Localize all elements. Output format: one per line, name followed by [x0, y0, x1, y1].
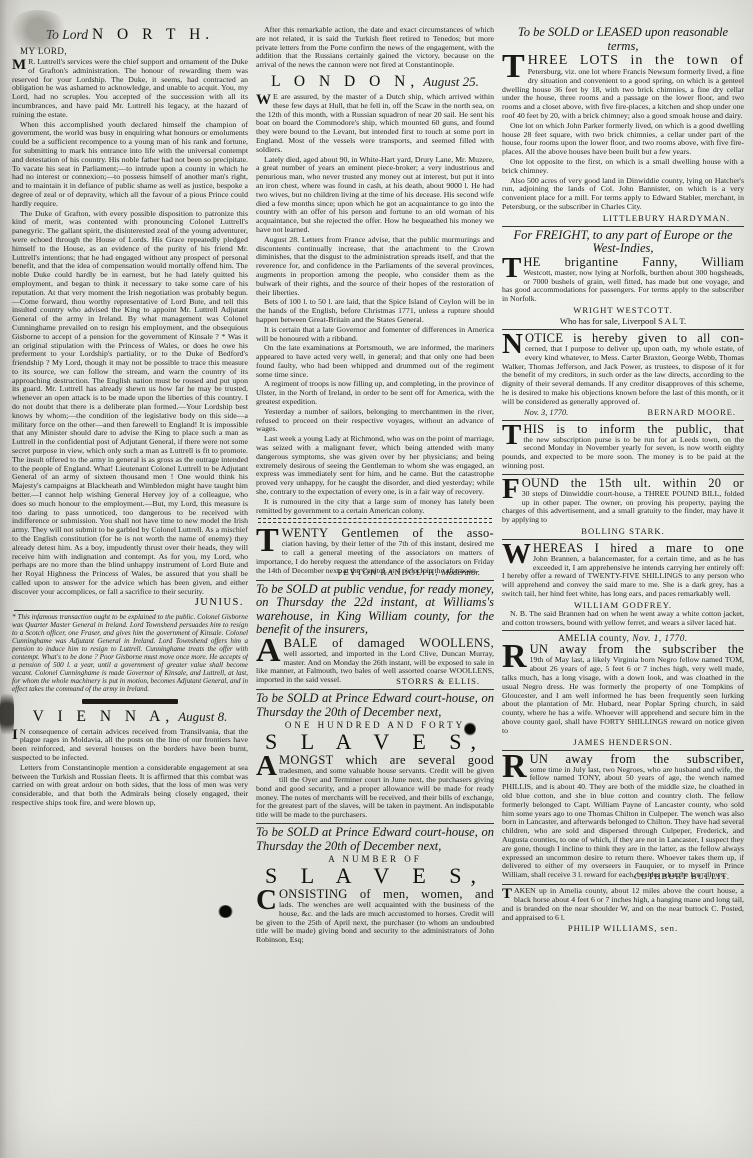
notice-signature-row: Nov. 3, 1770. BERNARD MOORE. — [502, 408, 744, 417]
found-lead: OUND the 15th ult. within 20 or — [502, 477, 744, 490]
letter-title-caps: N O R T H. — [92, 26, 214, 43]
section-divider — [502, 329, 744, 330]
footnote: * This infamous transaction ought to be … — [12, 613, 248, 694]
section-divider — [256, 580, 494, 581]
paragraph-text: N consequence of certain advices receive… — [12, 727, 248, 762]
runaway-lead: UN away from the subscriber, — [502, 753, 744, 766]
news-paragraph: Bets of 100 l. to 50 l. are laid, that t… — [256, 298, 494, 324]
news-paragraph: A regiment of troops is now filling up, … — [256, 380, 494, 406]
drop-cap: R — [502, 643, 530, 670]
newspaper-page: To Lord N O R T H. MY LORD, MR. Luttrell… — [0, 0, 753, 1158]
lots-heading: To be SOLD or LEASED upon reasonable ter… — [502, 26, 744, 53]
taken-up-notice: TAKEN up in Amelia county, about 12 mile… — [502, 887, 744, 933]
paragraph-text: E are assured, by the master of a Dutch … — [256, 92, 494, 154]
notice-signature: BERNARD MOORE. — [648, 408, 744, 417]
drop-cap: W — [256, 93, 273, 107]
freight-ad: For FREIGHT, to any part of Europe or th… — [502, 229, 744, 326]
letter-title: To Lord N O R T H. — [12, 26, 248, 44]
news-paragraph: Lately died, aged about 90, in White-Har… — [256, 156, 494, 235]
freight-heading: For FREIGHT, to any part of Europe or th… — [502, 229, 744, 256]
news-paragraph: On the late examinations at Portsmouth, … — [256, 344, 494, 379]
letter-signature: JUNIUS. — [12, 597, 248, 608]
lots-body: Petersburg, viz. one lot where Francis N… — [502, 68, 744, 121]
signature-name: PEYTON RANDOLPH, — [338, 567, 439, 577]
news-paragraph: It is certain that a late Governor and f… — [256, 326, 494, 344]
whereas-nb: N. B. The said Brannen had on when he we… — [502, 610, 744, 628]
slave-sale-ad-140: To be SOLD at Prince Edward court-house,… — [256, 692, 494, 820]
junius-paragraph: The Duke of Grafton, with every possible… — [12, 210, 248, 597]
news-paragraph: August 28. Letters from France advise, t… — [256, 236, 494, 298]
runaway-signature: JAMES HENDERSON. — [502, 737, 744, 747]
sale-subheading-large: S L A V E S, — [256, 730, 494, 754]
subscription-purse-notice: T HIS is to inform the public, that the … — [502, 423, 744, 471]
letter-title-prefix: To Lord — [46, 27, 88, 42]
salutation: MY LORD, — [20, 46, 248, 56]
freight-body: Westcott, master, now lying at Norfolk, … — [502, 269, 744, 304]
paragraph-text: R. Luttrell's services were the chief su… — [12, 57, 248, 119]
sale-body: lads. The wenches are well acquainted wi… — [256, 901, 494, 945]
junius-paragraph: When this accomplished youth declared hi… — [12, 121, 248, 209]
whereas-lead: HEREAS I hired a mare to one — [502, 542, 744, 555]
mare-reward-ad: W HEREAS I hired a mare to one John Bran… — [502, 542, 744, 628]
lots-body: Also 500 acres of very good land in Dinw… — [502, 177, 744, 212]
whereas-body: John Brannen, a balancemaster, for a cer… — [502, 555, 744, 599]
news-paragraph: It is rumoured in the city that a large … — [256, 498, 494, 516]
lots-lead: HREE LOTS in the town of — [502, 53, 744, 68]
paragraph-text: AKEN up in Amelia county, about 12 miles… — [502, 886, 744, 921]
drop-cap: T — [256, 527, 282, 554]
drop-cap: A — [256, 754, 279, 778]
drop-cap: T — [502, 887, 514, 901]
vendue-ad: To be SOLD at public vendue, for ready m… — [256, 583, 494, 686]
found-body: 30 steps of Dinwiddie court-house, a THR… — [502, 490, 744, 525]
trustee-notice: N OTICE is hereby given to all con- cern… — [502, 332, 744, 417]
found-signature: BOLLING STARK. — [502, 526, 744, 536]
section-divider — [502, 884, 744, 885]
column-2: After this remarkable action, the date a… — [256, 26, 494, 945]
drop-cap: T — [502, 53, 528, 80]
taken-signature: PHILIP WILLIAMS, sen. — [502, 923, 744, 933]
drop-cap: N — [502, 332, 525, 356]
freight-signature: WRIGHT WESTCOTT. — [502, 305, 744, 315]
section-divider — [256, 823, 494, 824]
inform-body: the new subscription purse is to be run … — [502, 436, 744, 471]
vienna-heading-date: August 8. — [178, 709, 227, 724]
vienna-paragraph: IN consequence of certain advices receiv… — [12, 728, 248, 763]
section-divider — [502, 474, 744, 475]
drop-cap: I — [12, 728, 20, 742]
sale-heading: To be SOLD at Prince Edward court-house,… — [256, 692, 494, 719]
association-notice: T WENTY Gentlemen of the asso- ciation h… — [256, 527, 494, 576]
vendue-heading: To be SOLD at public vendue, for ready m… — [256, 583, 494, 637]
section-ornament — [82, 699, 178, 704]
taken-body: TAKEN up in Amelia county, about 12 mile… — [502, 887, 744, 922]
london-heading: L O N D O N, August 25. — [256, 73, 494, 91]
runaway-ad-tony-phillis: R UN away from the subscriber, some time… — [502, 753, 744, 882]
section-divider — [502, 630, 744, 631]
sale-subheading-large: S L A V E S, — [256, 864, 494, 888]
column-3: To be SOLD or LEASED upon reasonable ter… — [502, 26, 744, 945]
london-heading-caps: L O N D O N, — [271, 73, 419, 90]
news-paragraph: WE are assured, by the master of a Dutch… — [256, 93, 494, 155]
notice-date: Nov. 3, 1770. — [502, 408, 568, 417]
drop-cap: C — [256, 888, 279, 912]
section-divider — [502, 420, 744, 421]
freight-tail: Who has for sale, Liverpool S A L T. — [502, 316, 744, 326]
drop-cap: T — [502, 423, 523, 447]
vienna-heading-caps: V I E N N A, — [33, 708, 175, 725]
sale-heading: To be SOLD at Prince Edward court-house,… — [256, 826, 494, 853]
runaway-body: 19th of May last, a likely Virginia born… — [502, 656, 744, 735]
lots-body: One lot opposite to the first, on which … — [502, 158, 744, 176]
junius-paragraph: MR. Luttrell's services were the chief s… — [12, 58, 248, 120]
drop-cap: M — [12, 58, 28, 72]
continuation-paragraph: After this remarkable action, the date a… — [256, 26, 494, 70]
section-divider — [256, 689, 494, 690]
column-layout: To Lord N O R T H. MY LORD, MR. Luttrell… — [12, 26, 744, 945]
footnote-divider — [14, 610, 154, 611]
notice-body: cerned, that I purpose to deliver up, up… — [502, 345, 744, 407]
column-1: To Lord N O R T H. MY LORD, MR. Luttrell… — [12, 26, 248, 945]
drop-cap: T — [502, 256, 523, 280]
signature-role: Moderator. — [442, 567, 480, 577]
vienna-paragraph: Letters from Constantinople mention a co… — [12, 764, 248, 808]
lots-body: One lot on which John Parker formerly li… — [502, 122, 744, 157]
drop-cap: F — [502, 477, 522, 501]
lots-ad: To be SOLD or LEASED upon reasonable ter… — [502, 26, 744, 223]
drop-cap: R — [502, 753, 530, 780]
sale-body: tradesmen, and some valuable house serva… — [256, 767, 494, 820]
section-divider — [502, 539, 744, 540]
runaway-ad-tom: AMELIA county, Nov. 1, 1770. R UN away f… — [502, 633, 744, 746]
vienna-heading: V I E N N A, August 8. — [12, 708, 248, 726]
slave-sale-ad-number: To be SOLD at Prince Edward court-house,… — [256, 826, 494, 945]
news-paragraph: Yesterday a number of sailors, belonging… — [256, 408, 494, 434]
lots-signature: LITTLEBURY HARDYMAN. — [502, 213, 744, 223]
vendue-lead: BALE of damaged WOOLLENS, — [256, 637, 494, 650]
drop-cap: A — [256, 637, 284, 664]
inform-lead: HIS is to inform the public, that — [502, 423, 744, 436]
notice-lead: OTICE is hereby given to all con- — [502, 332, 744, 345]
section-divider — [502, 226, 744, 227]
news-paragraph: Last week a young Lady at Richmond, who … — [256, 435, 494, 497]
ornamental-divider — [258, 518, 492, 523]
drop-cap: W — [502, 542, 533, 566]
runaway-body: some time in July last, two Negroes, who… — [502, 766, 744, 880]
freight-lead: HE brigantine Fanny, William — [502, 256, 744, 269]
section-divider — [502, 750, 744, 751]
london-heading-date: August 25. — [423, 74, 479, 89]
found-notice: F OUND the 15th ult. within 20 or 30 ste… — [502, 477, 744, 536]
